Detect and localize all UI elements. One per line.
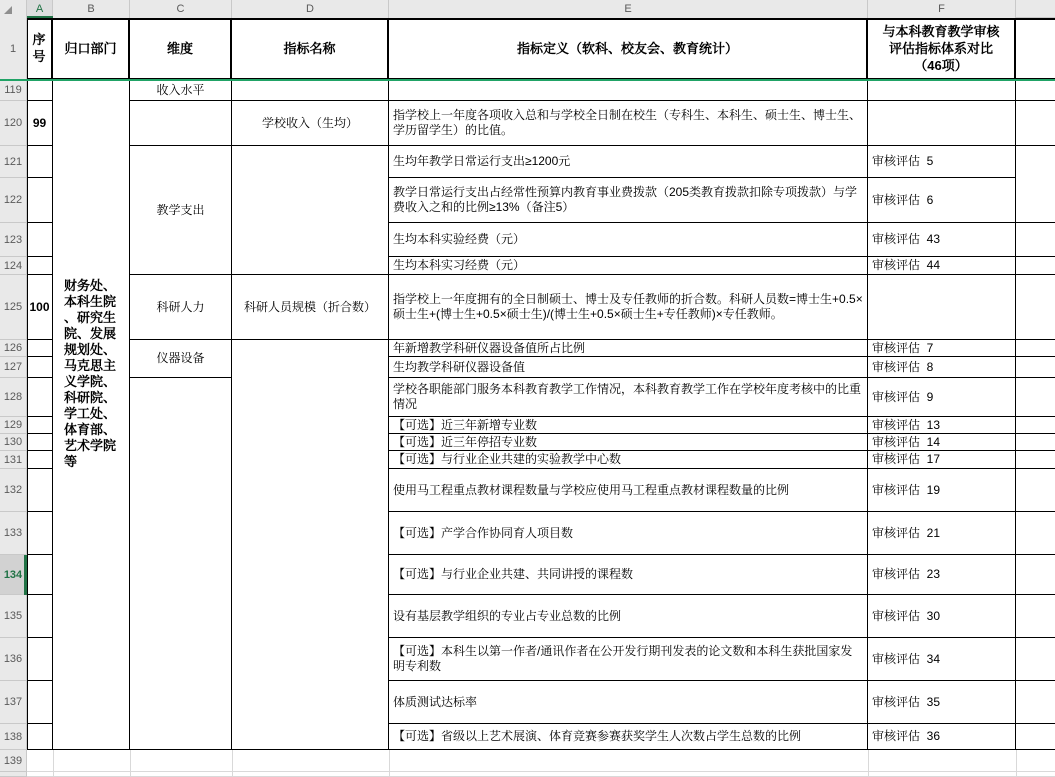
row-header-132[interactable]: 132 [0,469,27,512]
cell-F138[interactable]: 审核评估 36 [868,724,1016,750]
cell-G135[interactable] [1016,595,1055,638]
cell-C1[interactable]: 维度 [130,18,232,80]
cell-F133[interactable]: 审核评估 21 [868,512,1016,555]
cell-E122[interactable]: 教学日常运行支出占经常性预算内教育事业费拨款（205类教育拨款扣除专项拨款）与学… [389,178,868,223]
cell-G132[interactable] [1016,469,1055,512]
cell-A123[interactable] [27,223,53,257]
cell-G128[interactable] [1016,378,1055,417]
gridline-vertical [130,750,131,777]
cell-G121[interactable] [1016,146,1055,178]
column-header-E[interactable]: E [389,0,868,18]
cell-A120[interactable]: 99 [27,101,53,146]
cell-G122[interactable] [1016,178,1055,223]
cell-A130[interactable] [27,434,53,451]
cell-E129[interactable]: 【可选】近三年新增专业数 [389,417,868,434]
cell-A128[interactable] [27,378,53,417]
cell-E137[interactable]: 体质测试达标率 [389,681,868,724]
row-header-124[interactable]: 124 [0,257,27,275]
gridline-vertical [389,750,390,777]
row-header-131[interactable]: 131 [0,451,27,469]
row-header-134[interactable]: 134 [0,555,27,595]
cell-F130[interactable]: 审核评估 14 [868,434,1016,451]
cell-A125[interactable]: 100 [27,275,53,340]
cell-E132[interactable]: 使用马工程重点教材课程数量与学校应使用马工程重点教材课程数量的比例 [389,469,868,512]
cell-G123[interactable] [1016,223,1055,257]
row-header-129[interactable]: 129 [0,417,27,434]
column-header-C[interactable]: C [130,0,232,18]
cell-F1[interactable]: 与本科教育教学审核评估指标体系对比（46项） [868,18,1016,80]
cell-G129[interactable] [1016,417,1055,434]
cell-G131[interactable] [1016,451,1055,469]
cell-G127[interactable] [1016,357,1055,378]
gridline-vertical [868,750,869,777]
row-header-125[interactable]: 125 [0,275,27,340]
cell-A132[interactable] [27,469,53,512]
cell-E130[interactable]: 【可选】近三年停招专业数 [389,434,868,451]
cell-G125[interactable] [1016,275,1055,340]
select-all-corner[interactable] [0,0,27,18]
cell-E131[interactable]: 【可选】与行业企业共建的实验教学中心数 [389,451,868,469]
cell-A138[interactable] [27,724,53,750]
cell-F135[interactable]: 审核评估 30 [868,595,1016,638]
cell-G126[interactable] [1016,340,1055,357]
column-header-D[interactable]: D [232,0,389,18]
cell-E135[interactable]: 设有基层教学组织的专业占专业总数的比例 [389,595,868,638]
cell-A133[interactable] [27,512,53,555]
row-header-121[interactable]: 121 [0,146,27,178]
cell-D119[interactable] [232,80,389,101]
row-header-137[interactable]: 137 [0,681,27,724]
cell-A127[interactable] [27,357,53,378]
row-header-127[interactable]: 127 [0,357,27,378]
cell-A1[interactable]: 序号 [27,18,53,80]
cell-G119[interactable] [1016,80,1055,101]
cell-E120[interactable]: 指学校上一年度各项收入总和与学校全日制在校生（专科生、本科生、硕士生、博士生、学… [389,101,868,146]
row-header-139[interactable]: 139 [0,750,27,772]
cell-D121-124[interactable] [232,146,389,275]
cell-G136[interactable] [1016,638,1055,681]
cell-E133[interactable]: 【可选】产学合作协同育人项目数 [389,512,868,555]
row-header-126[interactable]: 126 [0,340,27,357]
cell-A126[interactable] [27,340,53,357]
cell-F127[interactable]: 审核评估 8 [868,357,1016,378]
cell-G137[interactable] [1016,681,1055,724]
row-header-128[interactable]: 128 [0,378,27,417]
table-top-border [27,18,1055,20]
department-list-text: 财务处、本科生院、研究生院、发展规划处、马克思主义学院、科研院、学工处、体育部、… [64,278,118,470]
cell-C120[interactable] [130,101,232,146]
cell-E127[interactable]: 生均教学科研仪器设备值 [389,357,868,378]
cell-E134[interactable]: 【可选】与行业企业共建、共同讲授的课程数 [389,555,868,595]
row-header-135[interactable]: 135 [0,595,27,638]
column-header-B[interactable]: B [53,0,130,18]
cell-F136[interactable]: 审核评估 34 [868,638,1016,681]
cell-F134[interactable]: 审核评估 23 [868,555,1016,595]
cell-F123[interactable]: 审核评估 43 [868,223,1016,257]
gridline-vertical [53,750,54,777]
cell-A137[interactable] [27,681,53,724]
row-header-133[interactable]: 133 [0,512,27,555]
row-header-120[interactable]: 120 [0,101,27,146]
cell-A135[interactable] [27,595,53,638]
cell-C121-124[interactable]: 教学支出 [130,146,232,275]
cell-E126[interactable]: 年新增教学科研仪器设备值所占比例 [389,340,868,357]
cell-A119[interactable] [27,80,53,101]
cell-E123[interactable]: 生均本科实验经费（元） [389,223,868,257]
cell-F126[interactable]: 审核评估 7 [868,340,1016,357]
cell-E121[interactable]: 生均年教学日常运行支出≥1200元 [389,146,868,178]
cell-E138[interactable]: 【可选】省级以上艺术展演、体育竞赛参赛获奖学生人次数占学生总数的比例 [389,724,868,750]
cell-G124[interactable] [1016,257,1055,275]
column-header-accent [27,16,53,18]
cell-E136[interactable]: 【可选】本科生以第一作者/通讯作者在公开发行期刊发表的论文数和本科生获批国家发明… [389,638,868,681]
cell-F129[interactable]: 审核评估 13 [868,417,1016,434]
cell-G1[interactable] [1016,18,1055,80]
row-header-partial[interactable] [0,772,27,777]
cell-A129[interactable] [27,417,53,434]
cell-F119[interactable] [868,80,1016,101]
cell-B119-138[interactable]: 财务处、本科生院、研究生院、发展规划处、马克思主义学院、科研院、学工处、体育部、… [53,80,130,750]
cell-C126-127[interactable]: 仪器设备 [130,340,232,378]
cell-F128[interactable]: 审核评估 9 [868,378,1016,417]
cell-A134[interactable] [27,555,53,595]
cell-F121[interactable]: 审核评估 5 [868,146,1016,178]
cell-E125[interactable]: 指学校上一年度拥有的全日制硕士、博士及专任教师的折合数。科研人员数=博士生+0.… [389,275,868,340]
gridline-vertical [1016,750,1017,777]
row-header-119[interactable]: 119 [0,80,27,101]
cell-G133[interactable] [1016,512,1055,555]
column-header-F[interactable]: F [868,0,1016,18]
selection-row-bar [24,555,27,595]
cell-G120[interactable] [1016,101,1055,146]
gridline-horizontal [27,771,1055,772]
cell-D125[interactable]: 科研人员规模（折合数） [232,275,389,340]
cell-E124[interactable]: 生均本科实习经费（元） [389,257,868,275]
spreadsheet: ABCDEF1119120121122123124125126127128129… [0,0,1055,777]
cell-E1[interactable]: 指标定义（软科、校友会、教育统计） [389,18,868,80]
cell-B1[interactable]: 归口部门 [53,18,130,80]
cell-A136[interactable] [27,638,53,681]
cell-G138[interactable] [1016,724,1055,750]
cell-F122[interactable]: 审核评估 6 [868,178,1016,223]
row-header-138[interactable]: 138 [0,724,27,750]
row-header-122[interactable]: 122 [0,178,27,223]
cell-A124[interactable] [27,257,53,275]
row-header-136[interactable]: 136 [0,638,27,681]
cell-A131[interactable] [27,451,53,469]
cell-G130[interactable] [1016,434,1055,451]
freeze-pane-line [0,79,1055,81]
cell-E128[interactable]: 学校各职能部门服务本科教育教学工作情况，本科教育教学工作在学校年度考核中的比重情… [389,378,868,417]
select-all-triangle-icon [4,6,12,14]
cell-C128-138[interactable] [130,378,232,750]
row-header-130[interactable]: 130 [0,434,27,451]
cell-F125[interactable] [868,275,1016,340]
row-header-1[interactable]: 1 [0,18,27,80]
cell-F132[interactable]: 审核评估 19 [868,469,1016,512]
cell-G134[interactable] [1016,555,1055,595]
cell-D126-138[interactable] [232,340,389,750]
cell-A121[interactable] [27,146,53,178]
cell-F124[interactable]: 审核评估 44 [868,257,1016,275]
cell-D1[interactable]: 指标名称 [232,18,389,80]
cell-C119[interactable]: 收入水平 [130,80,232,101]
cell-F131[interactable]: 审核评估 17 [868,451,1016,469]
row-header-123[interactable]: 123 [0,223,27,257]
table-left-border [27,18,28,750]
cell-E119[interactable] [389,80,868,101]
cell-F137[interactable]: 审核评估 35 [868,681,1016,724]
cell-D120[interactable]: 学校收入（生均） [232,101,389,146]
cell-A122[interactable] [27,178,53,223]
cell-C125[interactable]: 科研人力 [130,275,232,340]
gridline-vertical [232,750,233,777]
cell-F120[interactable] [868,101,1016,146]
